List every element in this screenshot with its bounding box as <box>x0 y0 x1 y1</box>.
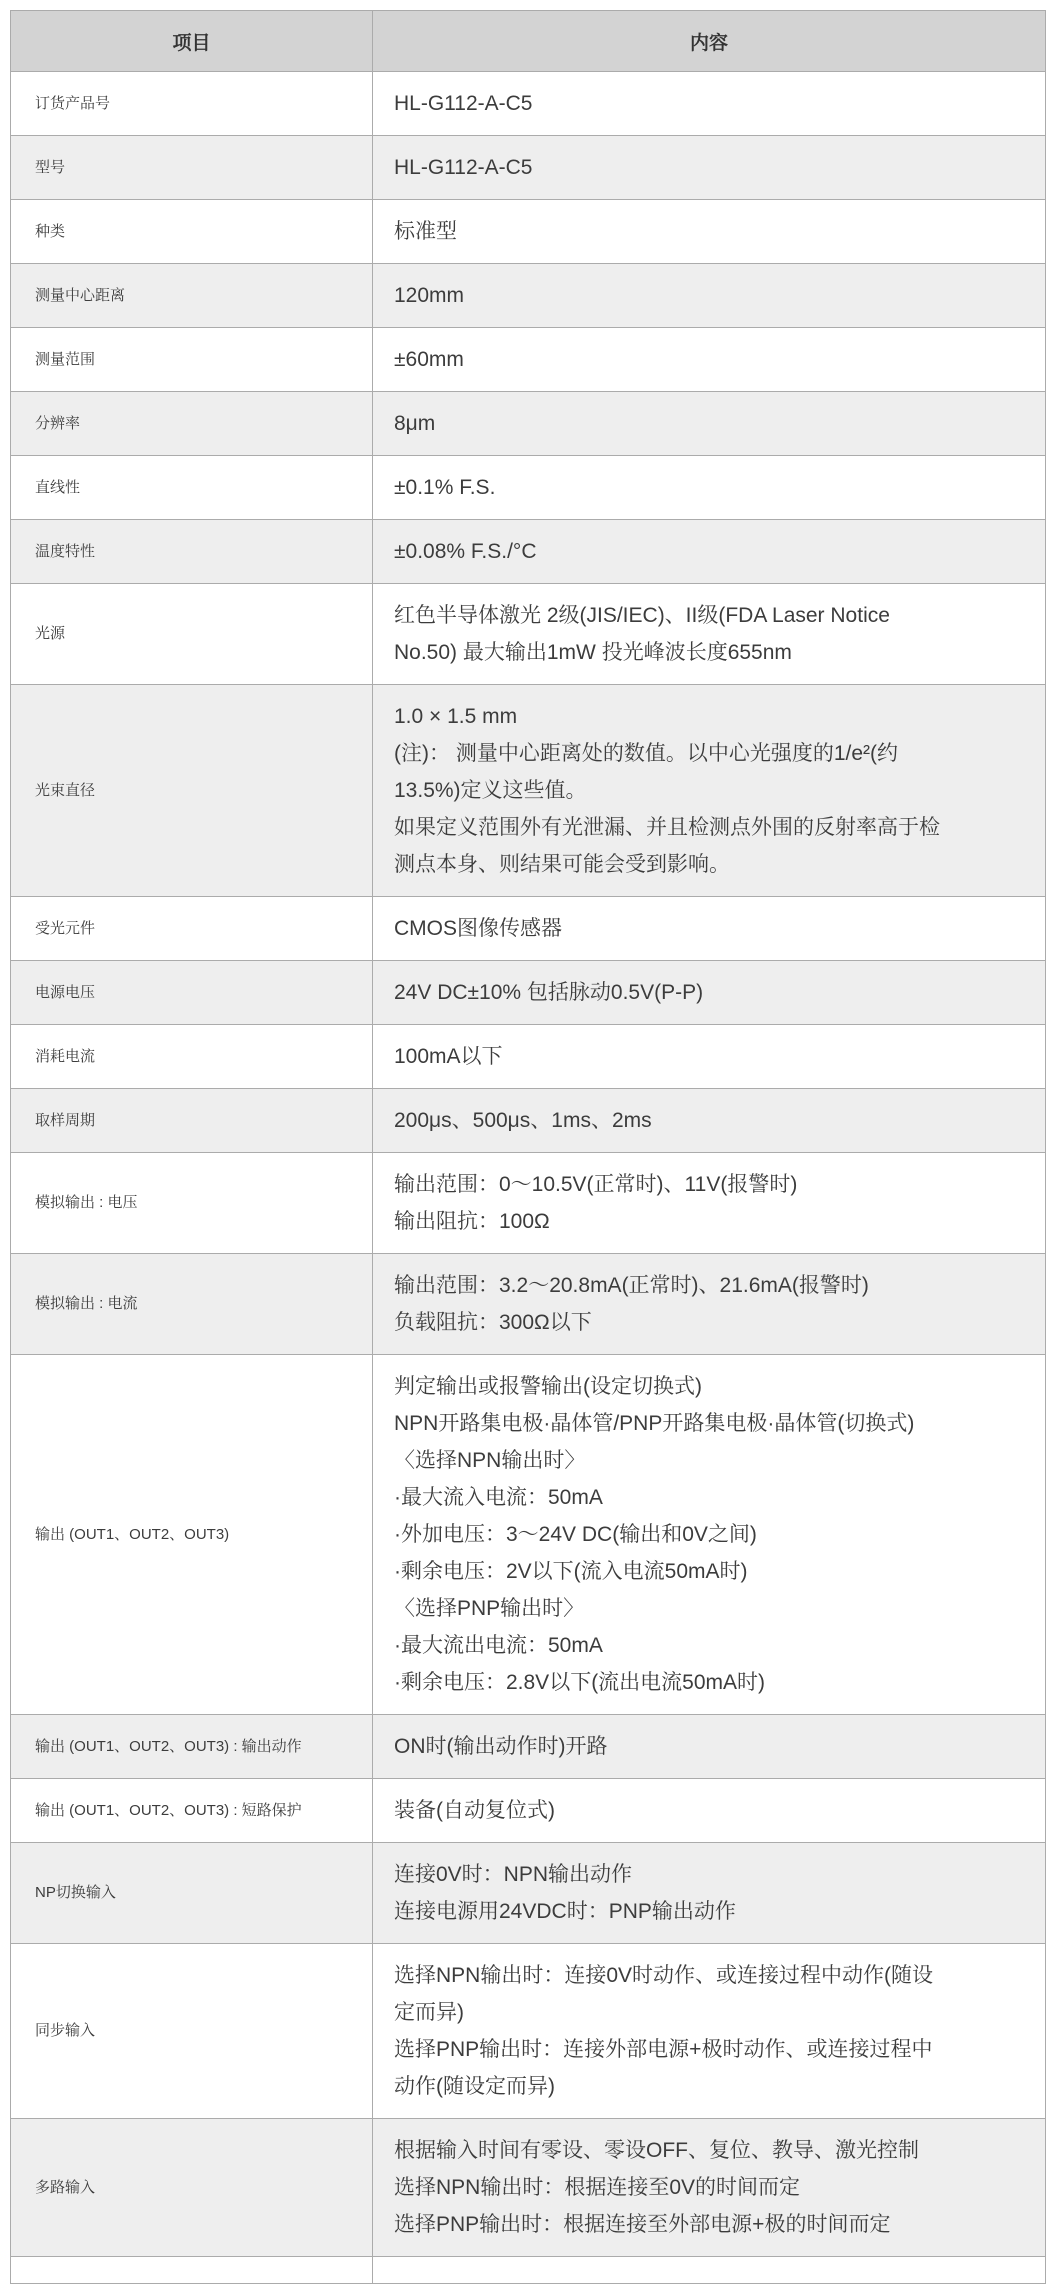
content-line: 选择PNP输出时：连接外部电源+极时动作、或连接过程中 <box>394 2031 1031 2068</box>
content-line: 24V DC±10% 包括脉动0.5V(P-P) <box>394 974 1031 1011</box>
content-line: 输出阻抗：100Ω <box>394 1203 1031 1240</box>
content-line: 如果定义范围外有光泄漏、并且检测点外围的反射率高于检 <box>394 809 1031 846</box>
header-row: 项目 内容 <box>11 11 1046 72</box>
item-cell: 模拟输出 : 电流 <box>11 1254 373 1355</box>
content-line: ·剩余电压：2V以下(流入电流50mA时) <box>394 1553 1031 1590</box>
table-row: 多路输入 根据输入时间有零设、零设OFF、复位、教导、激光控制选择NPN输出时：… <box>11 2119 1046 2257</box>
content-line: 1.0 × 1.5 mm <box>394 698 1031 735</box>
content-line: 〈选择NPN输出时〉 <box>394 1442 1031 1479</box>
content-cell: 红色半导体激光 2级(JIS/IEC)、II级(FDA Laser Notice… <box>373 584 1046 685</box>
content-line: ±60mm <box>394 341 1031 378</box>
content-line: CMOS图像传感器 <box>394 910 1031 947</box>
table-row: 消耗电流 100mA以下 <box>11 1025 1046 1089</box>
item-cell: 输出 (OUT1、OUT2、OUT3) : 输出动作 <box>11 1715 373 1779</box>
content-line: ON时(输出动作时)开路 <box>394 1728 1031 1765</box>
item-cell: 光源 <box>11 584 373 685</box>
content-cell: HL-G112-A-C5 <box>373 72 1046 136</box>
content-cell: 1.0 × 1.5 mm(注)： 测量中心距离处的数值。以中心光强度的1/e²(… <box>373 685 1046 897</box>
content-cell: 选择NPN输出时：连接0V时动作、或连接过程中动作(随设定而异)选择PNP输出时… <box>373 1944 1046 2119</box>
content-line: 定而异) <box>394 1994 1031 2031</box>
item-cell: 输出 (OUT1、OUT2、OUT3) : 短路保护 <box>11 1779 373 1843</box>
table-row: 模拟输出 : 电流 输出范围：3.2～20.8mA(正常时)、21.6mA(报警… <box>11 1254 1046 1355</box>
table-row: 取样周期 200μs、500μs、1ms、2ms <box>11 1089 1046 1153</box>
table-row: NP切换输入 连接0V时：NPN输出动作连接电源用24VDC时：PNP输出动作 <box>11 1843 1046 1944</box>
item-cell: 测量中心距离 <box>11 264 373 328</box>
item-cell: 温度特性 <box>11 520 373 584</box>
content-cell: ±0.08% F.S./°C <box>373 520 1046 584</box>
table-row: 同步输入 选择NPN输出时：连接0V时动作、或连接过程中动作(随设定而异)选择P… <box>11 1944 1046 2119</box>
item-cell: NP切换输入 <box>11 1843 373 1944</box>
content-line: 输出范围：0～10.5V(正常时)、11V(报警时) <box>394 1166 1031 1203</box>
item-cell: 输出 (OUT1、OUT2、OUT3) <box>11 1355 373 1715</box>
content-line: 标准型 <box>394 213 1031 250</box>
content-cell: 根据输入时间有零设、零设OFF、复位、教导、激光控制选择NPN输出时：根据连接至… <box>373 2119 1046 2257</box>
content-line: 红色半导体激光 2级(JIS/IEC)、II级(FDA Laser Notice <box>394 597 1031 634</box>
table-row: 种类 标准型 <box>11 200 1046 264</box>
item-cell: 消耗电流 <box>11 1025 373 1089</box>
table-row: 输出 (OUT1、OUT2、OUT3) 判定输出或报警输出(设定切换式)NPN开… <box>11 1355 1046 1715</box>
item-cell: 电源电压 <box>11 961 373 1025</box>
item-cell: 同步输入 <box>11 1944 373 2119</box>
item-cell: 分辨率 <box>11 392 373 456</box>
table-row <box>11 2257 1046 2272</box>
product-spec-table: 项目 内容 订货产品号 HL-G112-A-C5 型号 HL-G112-A-C5… <box>10 10 1046 2271</box>
content-line: 200μs、500μs、1ms、2ms <box>394 1102 1031 1139</box>
content-cell: ±60mm <box>373 328 1046 392</box>
content-line: 根据输入时间有零设、零设OFF、复位、教导、激光控制 <box>394 2132 1031 2169</box>
content-cell: 输出范围：0～10.5V(正常时)、11V(报警时)输出阻抗：100Ω <box>373 1153 1046 1254</box>
item-cell: 模拟输出 : 电压 <box>11 1153 373 1254</box>
item-cell: 型号 <box>11 136 373 200</box>
content-line: 动作(随设定而异) <box>394 2068 1031 2105</box>
content-line: HL-G112-A-C5 <box>394 85 1031 122</box>
content-line: ·剩余电压：2.8V以下(流出电流50mA时) <box>394 1664 1031 1701</box>
content-line: 判定输出或报警输出(设定切换式) <box>394 1368 1031 1405</box>
content-line: 120mm <box>394 277 1031 314</box>
spec-table-header: 项目 内容 <box>11 11 1046 72</box>
content-cell: 24V DC±10% 包括脉动0.5V(P-P) <box>373 961 1046 1025</box>
content-cell: ±0.1% F.S. <box>373 456 1046 520</box>
content-line: 测点本身、则结果可能会受到影响。 <box>394 846 1031 883</box>
table-row: 光束直径 1.0 × 1.5 mm(注)： 测量中心距离处的数值。以中心光强度的… <box>11 685 1046 897</box>
content-line: 13.5%)定义这些值。 <box>394 772 1031 809</box>
content-cell <box>373 2257 1046 2272</box>
table-row: 分辨率 8μm <box>11 392 1046 456</box>
content-line: NPN开路集电极·晶体管/PNP开路集电极·晶体管(切换式) <box>394 1405 1031 1442</box>
content-cell: 100mA以下 <box>373 1025 1046 1089</box>
content-cell: 连接0V时：NPN输出动作连接电源用24VDC时：PNP输出动作 <box>373 1843 1046 1944</box>
content-cell: HL-G112-A-C5 <box>373 136 1046 200</box>
content-line: 选择NPN输出时：连接0V时动作、或连接过程中动作(随设 <box>394 1957 1031 1994</box>
table-row: 模拟输出 : 电压 输出范围：0～10.5V(正常时)、11V(报警时)输出阻抗… <box>11 1153 1046 1254</box>
content-line: ·最大流入电流：50mA <box>394 1479 1031 1516</box>
content-line: 100mA以下 <box>394 1038 1031 1075</box>
content-line: ·外加电压：3～24V DC(输出和0V之间) <box>394 1516 1031 1553</box>
content-line: 连接0V时：NPN输出动作 <box>394 1856 1031 1893</box>
content-line: HL-G112-A-C5 <box>394 149 1031 186</box>
content-cell: 标准型 <box>373 200 1046 264</box>
table-row: 温度特性 ±0.08% F.S./°C <box>11 520 1046 584</box>
content-cell: ON时(输出动作时)开路 <box>373 1715 1046 1779</box>
content-line: 选择PNP输出时：根据连接至外部电源+极的时间而定 <box>394 2206 1031 2243</box>
table-row: 电源电压 24V DC±10% 包括脉动0.5V(P-P) <box>11 961 1046 1025</box>
content-line: 负载阻抗：300Ω以下 <box>394 1304 1031 1341</box>
item-cell: 受光元件 <box>11 897 373 961</box>
content-cell: 装备(自动复位式) <box>373 1779 1046 1843</box>
content-line: 〈选择PNP输出时〉 <box>394 1590 1031 1627</box>
content-cell: 判定输出或报警输出(设定切换式)NPN开路集电极·晶体管/PNP开路集电极·晶体… <box>373 1355 1046 1715</box>
item-cell: 订货产品号 <box>11 72 373 136</box>
item-cell: 光束直径 <box>11 685 373 897</box>
item-cell <box>11 2257 373 2272</box>
table-row: 测量范围 ±60mm <box>11 328 1046 392</box>
item-cell: 多路输入 <box>11 2119 373 2257</box>
column-header-item: 项目 <box>11 11 373 72</box>
spec-table: 项目 内容 订货产品号 HL-G112-A-C5 型号 HL-G112-A-C5… <box>10 10 1046 2271</box>
column-header-content: 内容 <box>373 11 1046 72</box>
table-row: 型号 HL-G112-A-C5 <box>11 136 1046 200</box>
content-cell: CMOS图像传感器 <box>373 897 1046 961</box>
table-row: 光源 红色半导体激光 2级(JIS/IEC)、II级(FDA Laser Not… <box>11 584 1046 685</box>
content-line: (注)： 测量中心距离处的数值。以中心光强度的1/e²(约 <box>394 735 1031 772</box>
item-cell: 取样周期 <box>11 1089 373 1153</box>
table-row: 输出 (OUT1、OUT2、OUT3) : 短路保护 装备(自动复位式) <box>11 1779 1046 1843</box>
content-line: No.50) 最大输出1mW 投光峰波长度655nm <box>394 634 1031 671</box>
content-line: 选择NPN输出时：根据连接至0V的时间而定 <box>394 2169 1031 2206</box>
item-cell: 测量范围 <box>11 328 373 392</box>
table-row: 直线性 ±0.1% F.S. <box>11 456 1046 520</box>
content-line: 输出范围：3.2～20.8mA(正常时)、21.6mA(报警时) <box>394 1267 1031 1304</box>
content-line: ·最大流出电流：50mA <box>394 1627 1031 1664</box>
content-cell: 8μm <box>373 392 1046 456</box>
content-cell: 200μs、500μs、1ms、2ms <box>373 1089 1046 1153</box>
spec-table-body: 订货产品号 HL-G112-A-C5 型号 HL-G112-A-C5 种类 标准… <box>11 72 1046 2272</box>
item-cell: 直线性 <box>11 456 373 520</box>
content-line: 连接电源用24VDC时：PNP输出动作 <box>394 1893 1031 1930</box>
table-row: 输出 (OUT1、OUT2、OUT3) : 输出动作 ON时(输出动作时)开路 <box>11 1715 1046 1779</box>
content-line: 装备(自动复位式) <box>394 1792 1031 1829</box>
item-cell: 种类 <box>11 200 373 264</box>
content-cell: 120mm <box>373 264 1046 328</box>
content-cell: 输出范围：3.2～20.8mA(正常时)、21.6mA(报警时)负载阻抗：300… <box>373 1254 1046 1355</box>
content-line: 8μm <box>394 405 1031 442</box>
table-row: 受光元件 CMOS图像传感器 <box>11 897 1046 961</box>
table-row: 测量中心距离 120mm <box>11 264 1046 328</box>
table-row: 订货产品号 HL-G112-A-C5 <box>11 72 1046 136</box>
content-line: ±0.1% F.S. <box>394 469 1031 506</box>
content-line: ±0.08% F.S./°C <box>394 533 1031 570</box>
